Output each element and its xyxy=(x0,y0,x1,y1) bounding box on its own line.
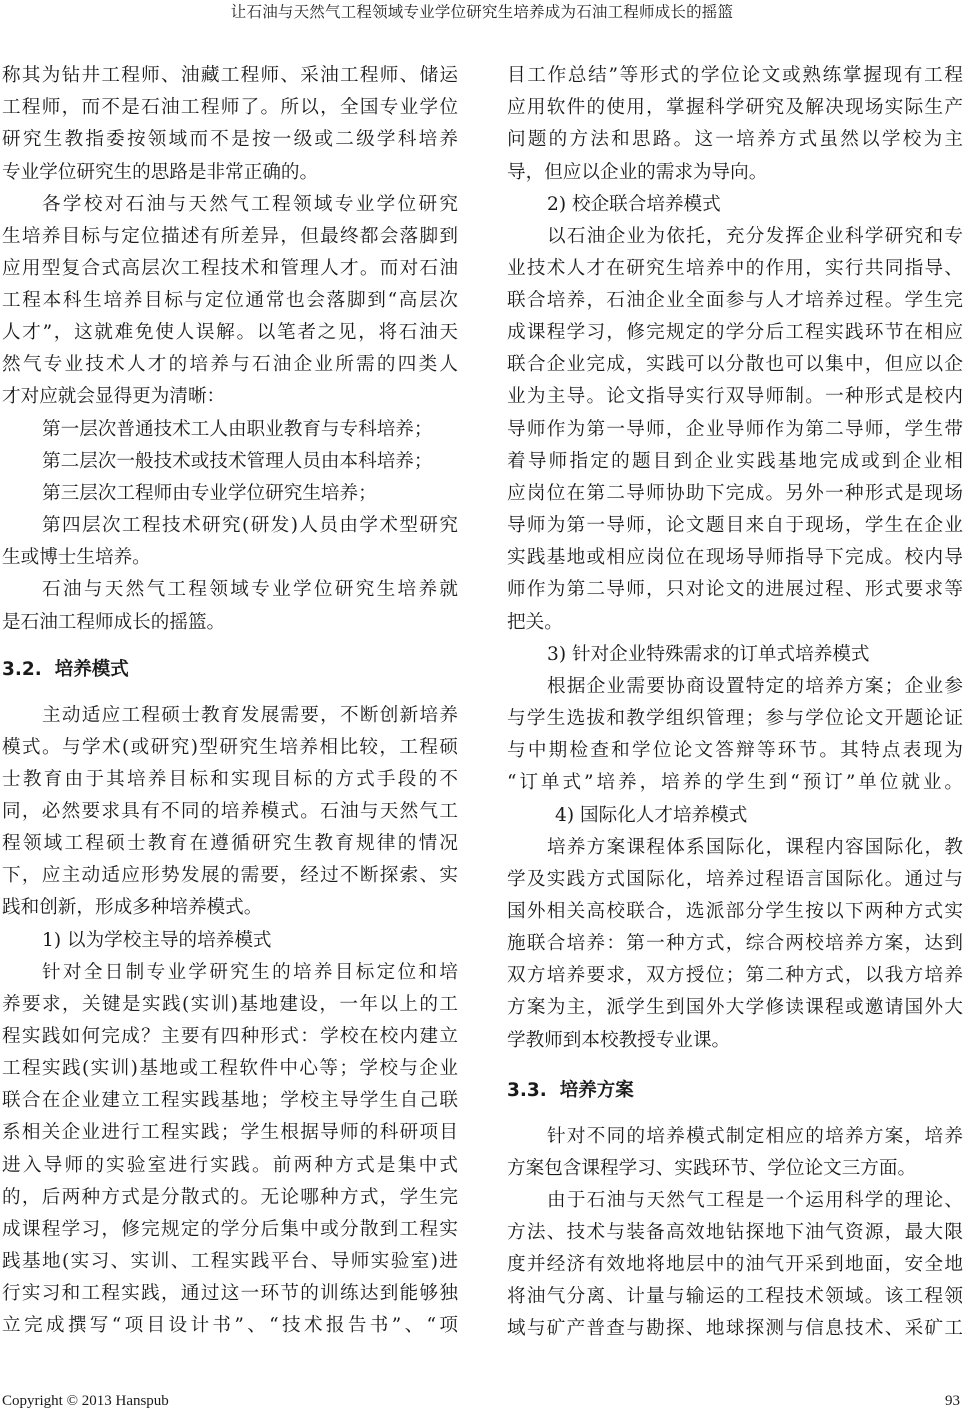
text-line: 域与矿产普查与勘探、地球探测与信息技术、采矿工 xyxy=(507,1317,963,1341)
text-line: 以石油企业为依托，充分发挥企业科学研究和专 xyxy=(547,225,963,249)
text-line: 是石油工程师成长的摇篮。 xyxy=(2,611,458,635)
text-line: 学教师到本校教授专业课。 xyxy=(507,1029,963,1053)
text-line: 养要求，关键是实践(实训)基地建设，一年以上的工 xyxy=(2,993,458,1017)
text-line: 把关。 xyxy=(507,611,963,635)
text-line: 成课程学习，修完规定的学分后工程实践环节在相应 xyxy=(507,321,963,345)
section-title: 培养模式 xyxy=(55,659,129,680)
text-line: 施联合培养：第一种方式，综合两校培养方案，达到 xyxy=(507,932,963,956)
text-line: 第四层次工程技术研究(研发)人员由学术型研究 xyxy=(42,514,458,538)
text-line: 践基地(实习、实训、工程实践平台、导师实验室)进 xyxy=(2,1250,458,1274)
text-line: 工程本科生培养目标与定位通常也会落脚到“高层次 xyxy=(2,289,458,313)
section-number: 3.3. xyxy=(507,1080,547,1101)
text-line: 进入导师的实验室进行实践。前两种方式是集中式 xyxy=(2,1154,458,1178)
text-line: 师作为第二导师，只对论文的进展过程、形式要求等 xyxy=(507,578,963,602)
text-line: 度并经济有效地将地层中的油气开采到地面，安全地 xyxy=(507,1253,963,1277)
text-line: 3) 针对企业特殊需求的订单式培养模式 xyxy=(547,643,963,667)
text-line: 方案为主，派学生到国外大学修读课程或邀请国外大 xyxy=(507,996,963,1020)
text-line: 成课程学习，修完规定的学分后集中或分散到工程实 xyxy=(2,1218,458,1242)
text-line: 业为主导。论文指导实行双导师制。一种形式是校内 xyxy=(507,385,963,409)
text-line: 专业学位研究生的思路是非常正确的。 xyxy=(2,161,458,185)
text-line: 联合在企业建立工程实践基地；学校主导学生自己联 xyxy=(2,1089,458,1113)
text-line: 生培养目标与定位描述有所差异，但最终都会落脚到 xyxy=(2,225,458,249)
text-line: 将油气分离、计量与输运的工程技术领域。该工程领 xyxy=(507,1285,963,1309)
text-line: 立完成撰写“项目设计书”、“技术报告书”、“项 xyxy=(2,1314,458,1338)
text-line: 践和创新，形成多种培养模式。 xyxy=(2,896,458,920)
text-line: 第二层次一般技术或技术管理人员由本科培养； xyxy=(42,450,458,474)
text-line: 联合企业完成，实践可以分散也可以集中，但应以企 xyxy=(507,353,963,377)
text-line: 实践基地或相应岗位在现场导师指导下完成。校内导 xyxy=(507,546,963,570)
text-line: 与学生选拔和教学组织管理；参与学位论文开题论证 xyxy=(507,707,963,731)
text-line: 的，后两种方式是分散式的。无论哪种方式，学生完 xyxy=(2,1186,458,1210)
text-line: “订单式”培养，培养的学生到“预订”单位就业。 xyxy=(507,771,963,795)
text-line: 导，但应以企业的需求为导向。 xyxy=(507,161,963,185)
text-line: 模式。与学术(或研究)型研究生培养相比较，工程硕 xyxy=(2,736,458,760)
text-line: 人才”，这就难免使人误解。以笔者之见，将石油天 xyxy=(2,321,458,345)
text-line: 程实践如何完成？主要有四种形式：学校在校内建立 xyxy=(2,1025,458,1049)
text-line: 着导师指定的题目到企业实践基地完成或到企业相 xyxy=(507,450,963,474)
text-line: 主动适应工程硕士教育发展需要，不断创新培养 xyxy=(42,704,458,728)
text-line: 方法、技术与装备高效地钻探地下油气资源，最大限 xyxy=(507,1221,963,1245)
text-line: 与中期检查和学位论文答辩等环节。其特点表现为 xyxy=(507,739,963,763)
text-line: 业技术人才在研究生培养中的作用，实行共同指导、 xyxy=(507,257,963,281)
text-line: 学及实践方式国际化，培养过程语言国际化。通过与 xyxy=(507,868,963,892)
text-line: 1) 以为学校主导的培养模式 xyxy=(42,929,458,953)
text-line: 第一层次普通技术工人由职业教育与专科培养； xyxy=(42,418,458,442)
text-line: 由于石油与天然气工程是一个运用科学的理论、 xyxy=(547,1189,963,1213)
section-heading-3-3: 3.3. 培养方案 xyxy=(507,1079,634,1103)
text-line: 才对应就会显得更为清晰： xyxy=(2,385,458,409)
text-line: 同，必然要求具有不同的培养模式。石油与天然气工 xyxy=(2,800,458,824)
text-line: 第三层次工程师由专业学位研究生培养； xyxy=(42,482,458,506)
text-line: 然气专业技术人才的培养与石油企业所需的四类人 xyxy=(2,353,458,377)
text-line: 应用型复合式高层次工程技术和管理人才。而对石油 xyxy=(2,257,458,281)
text-line: 应岗位在第二导师协助下完成。另外一种形式是现场 xyxy=(507,482,963,506)
text-line: 生或博士生培养。 xyxy=(2,546,458,570)
text-line: 联合培养，石油企业全面参与人才培养过程。学生完 xyxy=(507,289,963,313)
section-number: 3.2. xyxy=(2,659,42,680)
page-number: 93 xyxy=(945,1392,960,1410)
text-line: 4) 国际化人才培养模式 xyxy=(555,804,964,828)
text-line: 工程师，而不是石油工程师了。所以，全国专业学位 xyxy=(2,96,458,120)
text-line: 各学校对石油与天然气工程领域专业学位研究 xyxy=(42,193,458,217)
section-title: 培养方案 xyxy=(560,1080,634,1101)
text-line: 称其为钻井工程师、油藏工程师、采油工程师、储运 xyxy=(2,64,458,88)
text-line: 导师为第一导师，论文题目来自于现场，学生在企业 xyxy=(507,514,963,538)
text-line: 应用软件的使用，掌握科学研究及解决现场实际生产 xyxy=(507,96,963,120)
text-line: 系相关企业进行工程实践；学生根据导师的科研项目 xyxy=(2,1121,458,1145)
text-line: 程领域工程硕士教育在遵循研究生教育规律的情况 xyxy=(2,832,458,856)
running-header: 让石油与天然气工程领域专业学位研究生培养成为石油工程师成长的摇篮 xyxy=(0,2,964,22)
text-line: 2) 校企联合培养模式 xyxy=(547,193,963,217)
text-line: 针对全日制专业学研究生的培养目标定位和培 xyxy=(42,961,458,985)
text-line: 行实习和工程实践，通过这一环节的训练达到能够独 xyxy=(2,1282,458,1306)
text-line: 士教育由于其培养目标和实现目标的方式手段的不 xyxy=(2,768,458,792)
text-line: 根据企业需要协商设置特定的培养方案；企业参 xyxy=(547,675,963,699)
text-line: 工程实践(实训)基地或工程软件中心等；学校与企业 xyxy=(2,1057,458,1081)
text-line: 双方培养要求，双方授位；第二种方式，以我方培养 xyxy=(507,964,963,988)
text-line: 研究生教指委按领域而不是按一级或二级学科培养 xyxy=(2,128,458,152)
text-line: 下，应主动适应形势发展的需要，经过不断探索、实 xyxy=(2,864,458,888)
text-line: 针对不同的培养模式制定相应的培养方案，培养 xyxy=(547,1125,963,1149)
text-line: 方案包含课程学习、实践环节、学位论文三方面。 xyxy=(507,1157,963,1181)
section-heading-3-2: 3.2. 培养模式 xyxy=(2,658,129,682)
text-line: 培养方案课程体系国际化，课程内容国际化，教 xyxy=(547,836,963,860)
text-line: 国外相关高校联合，选派部分学生按以下两种方式实 xyxy=(507,900,963,924)
text-line: 石油与天然气工程领域专业学位研究生培养就 xyxy=(42,578,458,602)
text-line: 导师作为第一导师，企业导师作为第二导师，学生带 xyxy=(507,418,963,442)
text-line: 问题的方法和思路。这一培养方式虽然以学校为主 xyxy=(507,128,963,152)
text-line: 目工作总结”等形式的学位论文或熟练掌握现有工程 xyxy=(507,64,963,88)
copyright-notice: Copyright © 2013 Hanspub xyxy=(2,1392,169,1410)
